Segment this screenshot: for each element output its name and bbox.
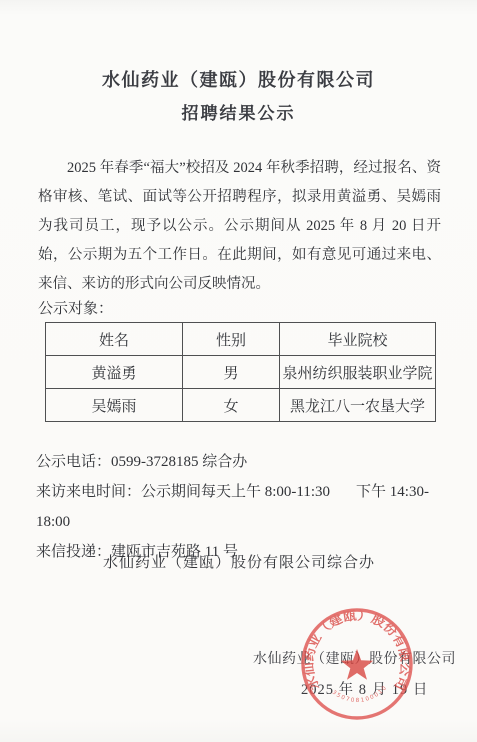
- cell-school: 泉州纺织服装职业学院: [280, 356, 436, 389]
- document-title-subject: 招聘结果公示: [0, 99, 477, 124]
- footer-date: 2025 年 8 月 19 日: [301, 678, 428, 699]
- header-school: 毕业院校: [280, 323, 436, 356]
- contact-info-block: 公示电话：0599-3728185 综合办 来访来电时间：公示期间每天上午 8:…: [36, 447, 456, 567]
- contact-time-am: 来访来电时间：公示期间每天上午 8:00-11:30: [36, 484, 330, 500]
- table-header-row: 姓名 性别 毕业院校: [46, 323, 436, 356]
- company-seal-stamp-icon: 水仙药业（建瓯）股份有限公司 3507081000107: [296, 601, 420, 742]
- cell-gender: 女: [183, 389, 280, 422]
- header-name: 姓名: [46, 323, 183, 356]
- cell-gender: 男: [183, 356, 280, 389]
- cell-name: 吴嫣雨: [46, 389, 183, 422]
- header-gender: 性别: [183, 323, 280, 356]
- scanned-document-page: 水仙药业（建瓯）股份有限公司 招聘结果公示 2025 年春季“福大”校招及 20…: [0, 0, 477, 742]
- announcement-body: 2025 年春季“福大”校招及 2024 年秋季招聘，经过报名、资格审核、笔试、…: [38, 154, 441, 299]
- signer-department-line: 水仙药业（建瓯）股份有限公司综合办: [103, 551, 375, 572]
- footer-company-name: 水仙药业（建瓯）股份有限公司: [253, 648, 456, 668]
- contact-phone-line: 公示电话：0599-3728185 综合办: [36, 447, 456, 477]
- document-title-company: 水仙药业（建瓯）股份有限公司: [0, 66, 477, 92]
- cell-school: 黑龙江八一农垦大学: [280, 389, 436, 422]
- table-row: 吴嫣雨 女 黑龙江八一农垦大学: [46, 389, 436, 422]
- table-row: 黄溢勇 男 泉州纺织服装职业学院: [46, 356, 436, 389]
- contact-time-line: 来访来电时间：公示期间每天上午 8:00-11:30下午 14:30-18:00: [36, 477, 456, 537]
- cell-name: 黄溢勇: [46, 356, 183, 389]
- audience-label: 公示对象：: [38, 297, 113, 318]
- candidate-table: 姓名 性别 毕业院校 黄溢勇 男 泉州纺织服装职业学院 吴嫣雨 女 黑龙江八一农…: [45, 322, 436, 422]
